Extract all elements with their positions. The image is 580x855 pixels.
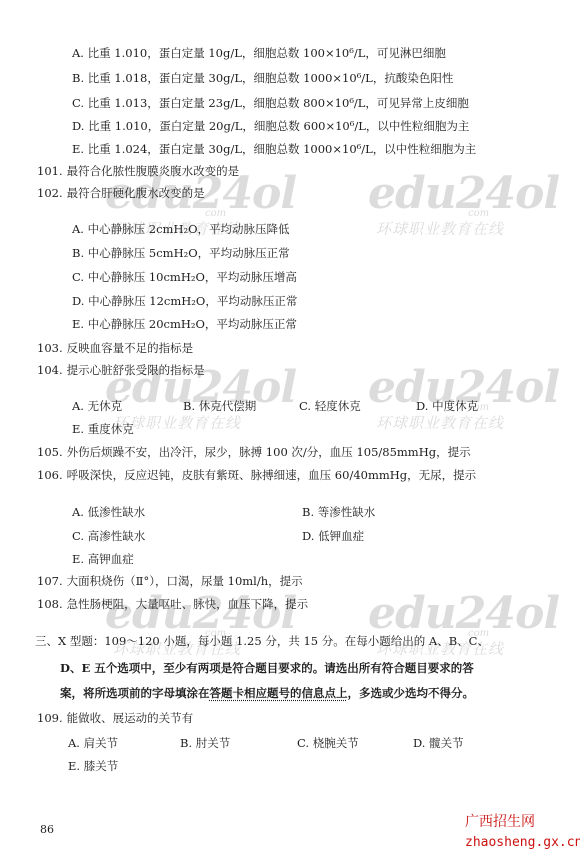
question-text: 提示心脏舒张受限的指标是: [67, 363, 205, 377]
option-text: 高渗性缺水: [88, 529, 146, 543]
option-letter: B.: [183, 399, 195, 413]
watermark: edu24ol com 环球职业教育在线: [105, 588, 296, 639]
option-c: C. 比重 1.013，蛋白定量 23g/L，细胞总数 800×10⁶/L，可见…: [72, 96, 469, 110]
option-text: 比重 1.010，蛋白定量 20g/L，细胞总数 600×10⁶/L，以中性粒细…: [88, 119, 469, 133]
option-e: E. 膝关节: [68, 759, 118, 773]
option-letter: B.: [180, 736, 192, 750]
option-c: C. 高渗性缺水: [72, 529, 145, 543]
option-text: 无休克: [88, 399, 123, 413]
site-url[interactable]: zhaosheng.gx.cn: [465, 835, 580, 850]
option-letter: E.: [68, 759, 80, 773]
option-text: 比重 1.013，蛋白定量 23g/L，细胞总数 800×10⁶/L，可见异常上…: [88, 96, 469, 110]
watermark-logo: edu24ol: [368, 168, 559, 219]
section-instructions: 案，将所选项前的字母填涂在答题卡相应题号的信息点上，多选或少选均不得分。: [60, 686, 474, 700]
section-instructions: 三、X 型题：109～120 小题，每小题 1.25 分，共 15 分。在每小题…: [35, 634, 489, 648]
option-e: E. 高钾血症: [72, 552, 134, 566]
option-b: B. 休克代偿期: [183, 399, 256, 413]
page-number: 86: [40, 823, 54, 836]
option-text: 膝关节: [84, 759, 119, 773]
watermark: edu24ol com 环球职业教育在线: [368, 588, 559, 639]
option-letter: D.: [413, 736, 425, 750]
question-text: 呼吸深快，反应迟钝，皮肤有紫斑、脉搏细速，血压 60/40mmHg，无尿，提示: [67, 468, 477, 482]
watermark-tagline: 环球职业教育在线: [376, 218, 504, 239]
watermark-logo: edu24ol: [368, 588, 559, 639]
question-105: 105. 外伤后烦躁不安，出冷汗，尿少，脉搏 100 次/分，血压 105/85…: [37, 445, 471, 459]
option-b: B. 肘关节: [180, 736, 230, 750]
emphasized-text: 答题卡相应题号的信息点上: [210, 686, 348, 700]
option-d: D. 比重 1.010，蛋白定量 20g/L，细胞总数 600×10⁶/L，以中…: [72, 119, 469, 133]
option-text: 中心静脉压 2cmH₂O，平均动脉压降低: [88, 222, 290, 236]
question-number: 107.: [37, 574, 63, 588]
option-text: 休克代偿期: [199, 399, 257, 413]
option-letter: C.: [72, 529, 84, 543]
question-number: 108.: [37, 597, 63, 611]
option-text: 重度休克: [88, 422, 134, 436]
option-e: E. 重度休克: [72, 422, 134, 436]
option-e: E. 中心静脉压 20cmH₂O，平均动脉压正常: [72, 317, 297, 331]
option-a: A. 低渗性缺水: [72, 505, 145, 519]
option-letter: E.: [72, 317, 84, 331]
site-name: 广西招生网: [465, 811, 535, 831]
option-text: 轻度休克: [315, 399, 361, 413]
option-d: D. 中心静脉压 12cmH₂O，平均动脉压正常: [72, 294, 297, 308]
option-text: 桡腕关节: [313, 736, 359, 750]
question-101: 101. 最符合化脓性腹膜炎腹水改变的是: [37, 164, 239, 178]
question-102: 102. 最符合肝硬化腹水改变的是: [37, 186, 205, 200]
question-number: 104.: [37, 363, 63, 377]
question-number: 103.: [37, 341, 63, 355]
section-instructions: D、E 五个选项中，至少有两项是符合题目要求的。请选出所有符合题目要求的答: [60, 661, 474, 675]
option-a: A. 肩关节: [68, 736, 118, 750]
question-text: 最符合化脓性腹膜炎腹水改变的是: [67, 164, 240, 178]
option-a: A. 比重 1.010，蛋白定量 10g/L，细胞总数 100×10⁶/L，可见…: [72, 46, 446, 60]
option-text: 髋关节: [429, 736, 464, 750]
option-letter: C.: [72, 96, 84, 110]
option-text: 等渗性缺水: [318, 505, 376, 519]
question-number: 109.: [37, 711, 63, 725]
option-letter: D.: [72, 119, 84, 133]
option-text: 中心静脉压 5cmH₂O，平均动脉压正常: [88, 246, 290, 260]
option-letter: A.: [72, 505, 84, 519]
question-text: 大面积烧伤（Ⅱ°），口渴，尿量 10ml/h，提示: [67, 574, 303, 588]
option-text: 中心静脉压 10cmH₂O，平均动脉压增高: [88, 270, 297, 284]
option-letter: E.: [72, 422, 84, 436]
option-text: 肘关节: [196, 736, 231, 750]
question-text: 外伤后烦躁不安，出冷汗，尿少，脉搏 100 次/分，血压 105/85mmHg，…: [67, 445, 471, 459]
question-106: 106. 呼吸深快，反应迟钝，皮肤有紫斑、脉搏细速，血压 60/40mmHg，无…: [37, 468, 476, 482]
option-c: C. 中心静脉压 10cmH₂O，平均动脉压增高: [72, 270, 297, 284]
option-a: A. 无休克: [72, 399, 122, 413]
option-d: D. 髋关节: [413, 736, 464, 750]
option-text: 中度休克: [432, 399, 478, 413]
watermark-com: com: [468, 208, 489, 219]
watermark-logo: edu24ol: [105, 588, 296, 639]
option-b: B. 中心静脉压 5cmH₂O，平均动脉压正常: [72, 246, 290, 260]
question-number: 105.: [37, 445, 63, 459]
option-letter: A.: [72, 46, 84, 60]
option-c: C. 桡腕关节: [297, 736, 359, 750]
question-text: 反映血容量不足的指标是: [67, 341, 194, 355]
option-letter: C.: [72, 270, 84, 284]
option-letter: E.: [72, 142, 84, 156]
option-c: C. 轻度休克: [299, 399, 361, 413]
question-107: 107. 大面积烧伤（Ⅱ°），口渴，尿量 10ml/h，提示: [37, 574, 303, 588]
option-letter: A.: [72, 399, 84, 413]
option-text: 中心静脉压 12cmH₂O，平均动脉压正常: [88, 294, 297, 308]
question-number: 102.: [37, 186, 63, 200]
question-text: 最符合肝硬化腹水改变的是: [67, 186, 205, 200]
option-text: 低钾血症: [318, 529, 364, 543]
question-text: 急性肠梗阻，大量呕吐、脉快，血压下降，提示: [67, 597, 309, 611]
section-heading: 三、X 型题：109～120 小题，每小题 1.25 分，共 15 分。在每小题…: [35, 634, 489, 648]
watermark-com: com: [205, 208, 226, 219]
question-108: 108. 急性肠梗阻，大量呕吐、脉快，血压下降，提示: [37, 597, 308, 611]
question-text: 能做收、展运动的关节有: [67, 711, 194, 725]
option-letter: C.: [299, 399, 311, 413]
watermark: edu24ol com 环球职业教育在线: [368, 168, 559, 219]
question-104: 104. 提示心脏舒张受限的指标是: [37, 363, 205, 377]
question-103: 103. 反映血容量不足的指标是: [37, 341, 193, 355]
option-letter: D.: [416, 399, 428, 413]
option-letter: E.: [72, 552, 84, 566]
option-letter: B.: [302, 505, 314, 519]
option-letter: D.: [72, 294, 84, 308]
option-letter: C.: [297, 736, 309, 750]
option-d: D. 低钾血症: [302, 529, 364, 543]
option-text: 肩关节: [84, 736, 119, 750]
option-letter: A.: [72, 222, 84, 236]
section-instructions-text: ，多选或少选均不得分。: [348, 686, 475, 700]
option-e: E. 比重 1.024，蛋白定量 30g/L，细胞总数 1000×10⁶/L，以…: [72, 142, 476, 156]
option-b: B. 等渗性缺水: [302, 505, 375, 519]
option-a: A. 中心静脉压 2cmH₂O，平均动脉压降低: [72, 222, 290, 236]
option-text: 比重 1.018，蛋白定量 30g/L，细胞总数 1000×10⁶/L，抗酸染色…: [88, 71, 454, 85]
option-d: D. 中度休克: [416, 399, 478, 413]
section-instructions-text: 案，将所选项前的字母填涂在: [60, 686, 210, 700]
option-letter: A.: [68, 736, 80, 750]
option-letter: D.: [302, 529, 314, 543]
watermark-tagline: 环球职业教育在线: [376, 412, 504, 433]
section-instructions-text: D、E 五个选项中，至少有两项是符合题目要求的。请选出所有符合题目要求的答: [60, 661, 474, 675]
option-letter: B.: [72, 246, 84, 260]
option-text: 低渗性缺水: [88, 505, 146, 519]
option-text: 比重 1.024，蛋白定量 30g/L，细胞总数 1000×10⁶/L，以中性粒…: [88, 142, 477, 156]
option-text: 中心静脉压 20cmH₂O，平均动脉压正常: [88, 317, 297, 331]
option-text: 比重 1.010，蛋白定量 10g/L，细胞总数 100×10⁶/L，可见淋巴细…: [88, 46, 446, 60]
question-number: 106.: [37, 468, 63, 482]
option-text: 高钾血症: [88, 552, 134, 566]
question-109: 109. 能做收、展运动的关节有: [37, 711, 193, 725]
option-letter: B.: [72, 71, 84, 85]
option-b: B. 比重 1.018，蛋白定量 30g/L，细胞总数 1000×10⁶/L，抗…: [72, 71, 453, 85]
question-number: 101.: [37, 164, 63, 178]
